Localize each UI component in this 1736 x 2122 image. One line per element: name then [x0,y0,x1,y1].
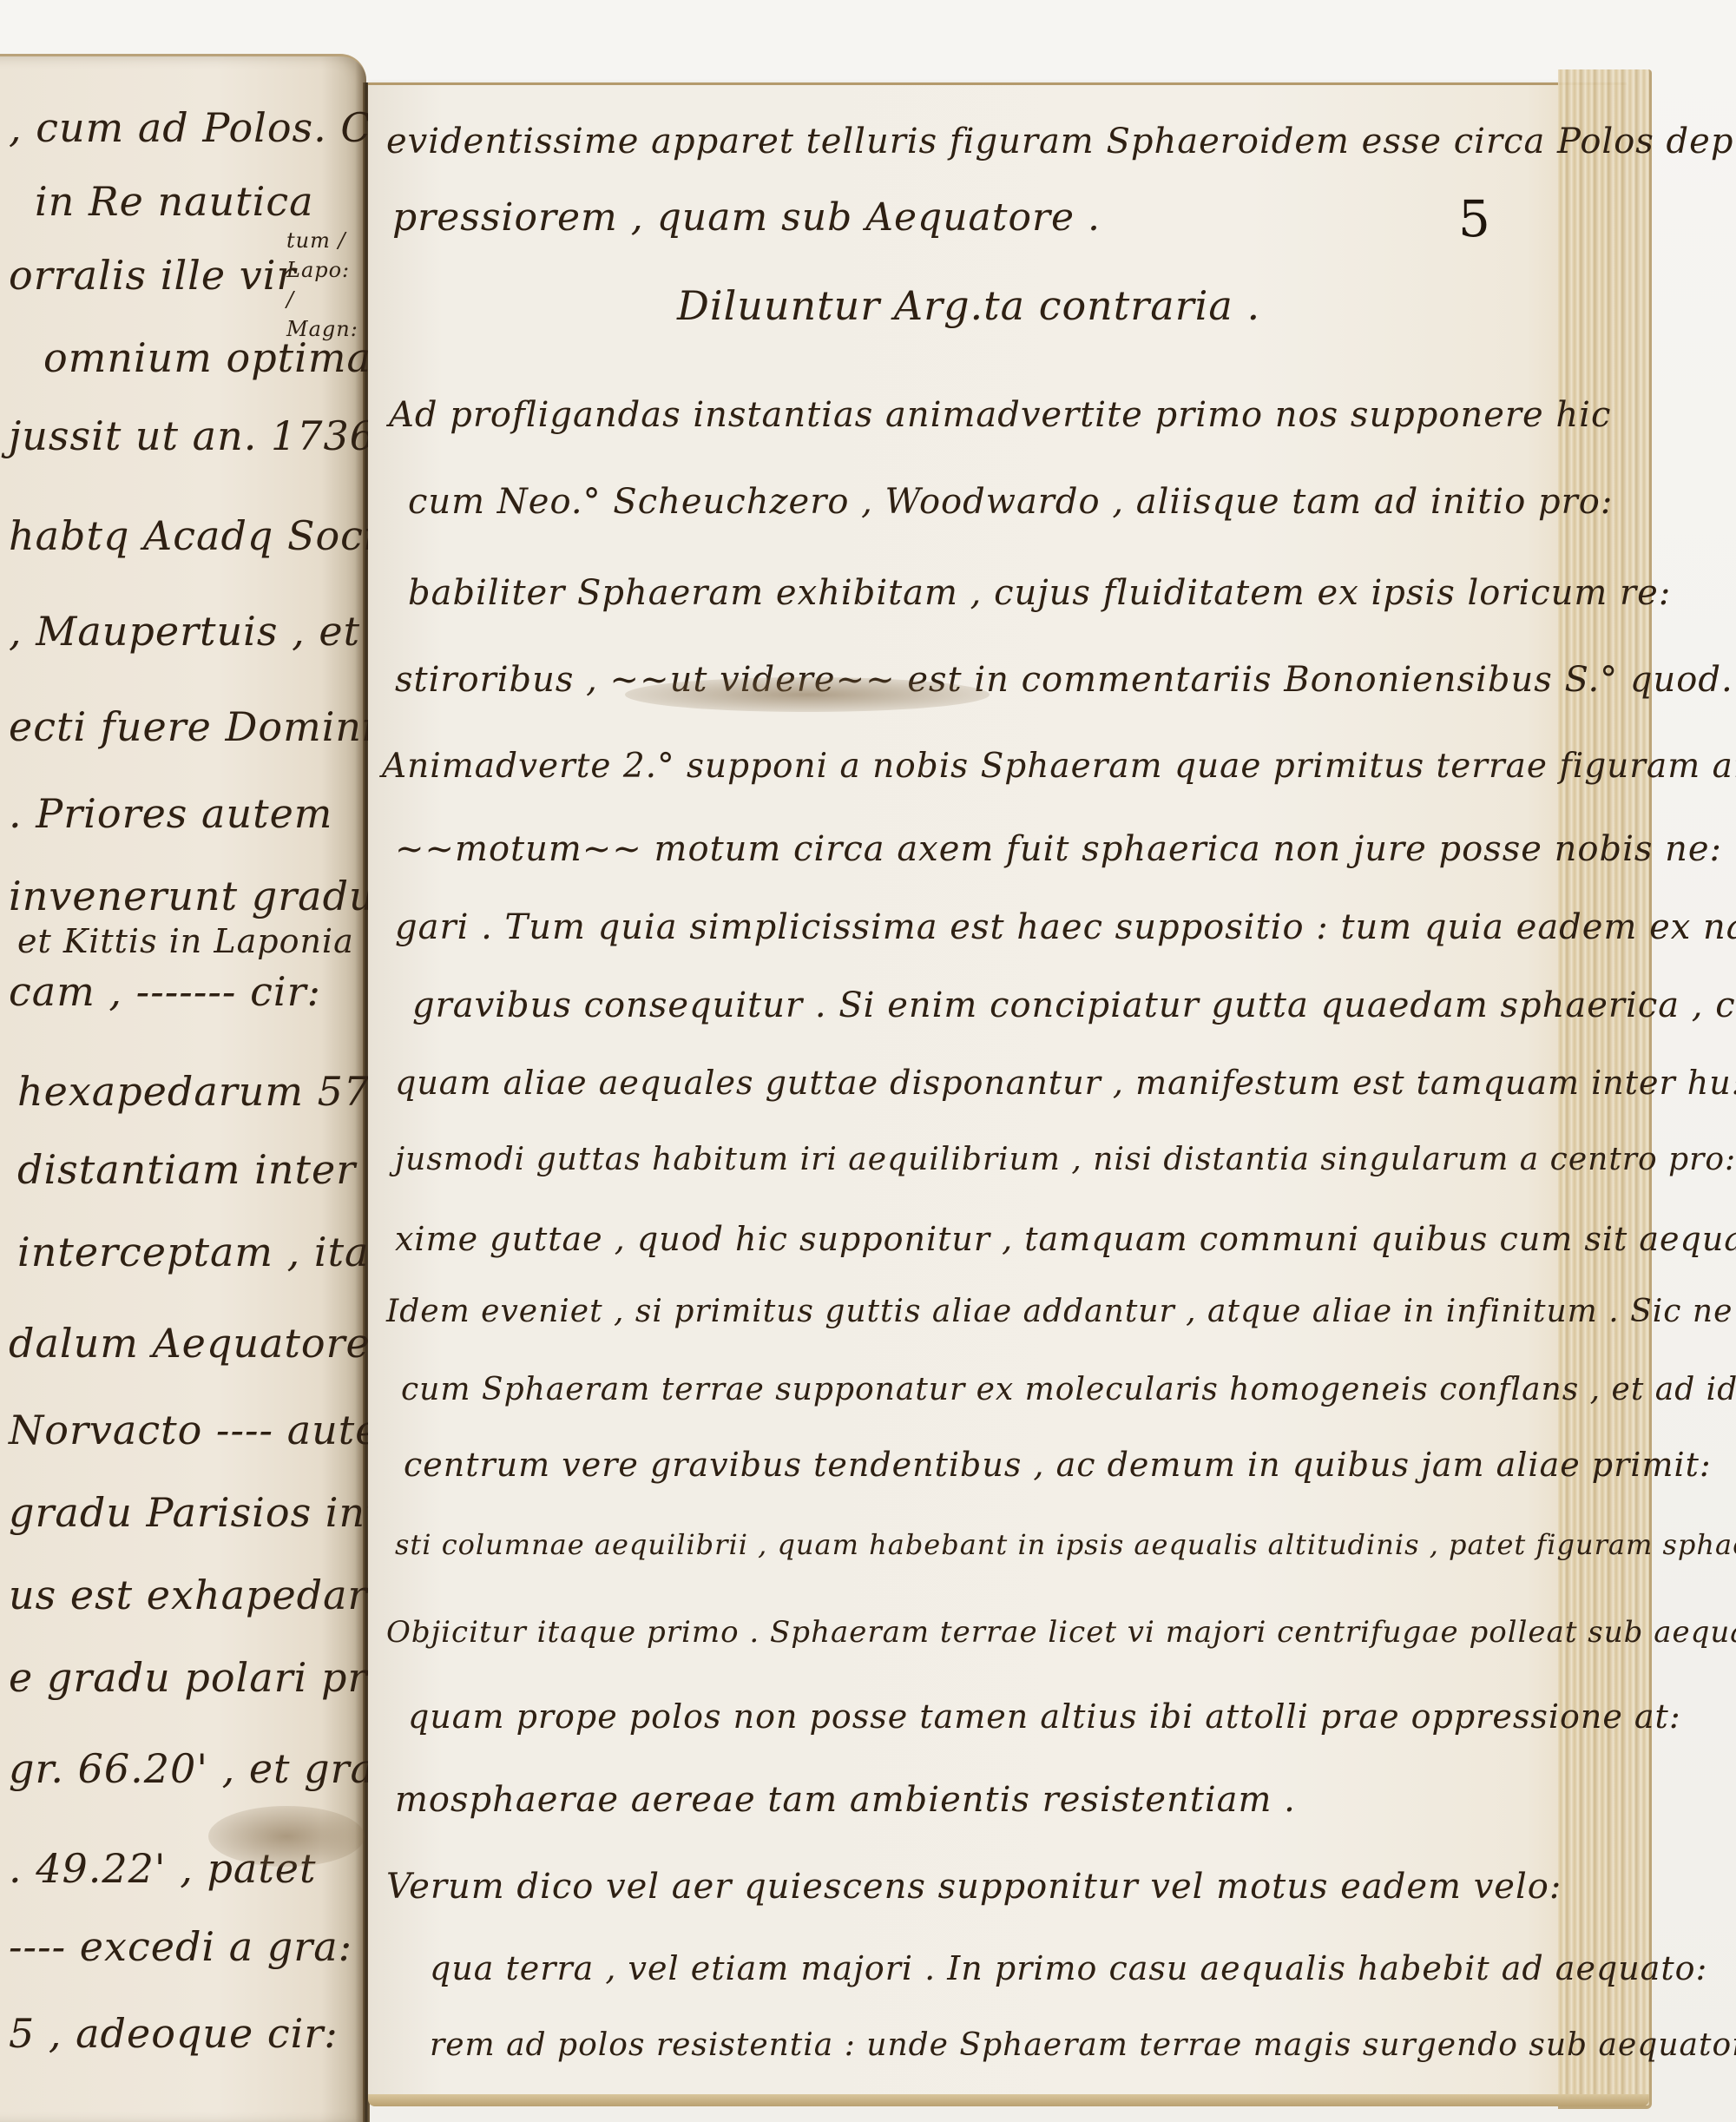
left-line-20: e gradu polari pro: [9,1654,407,1701]
right-line-5: cum Neo.° Scheuchzero , Woodwardo , alii… [408,482,1613,522]
left-line-7: , Maupertuis , et [9,608,360,655]
right-line-15: Idem eveniet , si primitus guttis aliae … [386,1294,1733,1329]
left-line-3: orralis ille vir [9,252,296,299]
left-line-17: Norvacto ---- autem [9,1407,418,1453]
right-line-7: stiroribus , ~~ut videre~~ est in commen… [395,660,1733,700]
right-line-18: sti columnae aequilibrii , quam habebant… [395,1528,1736,1561]
left-line-2: in Re nautica [35,178,314,225]
page-bottom-edge [368,2094,1649,2106]
right-line-19: Objicitur itaque primo . Sphaeram terrae… [386,1615,1736,1650]
right-line-17: centrum vere gravibus tendentibus , ac d… [404,1446,1712,1484]
left-line-23: ---- excedi a gra: [9,1923,352,1970]
left-line-6: habtq Acadq Socii [9,512,391,559]
left-line-16: dalum Aequatorem [9,1320,409,1367]
right-line-14: xime guttae , quod hic supponitur , tamq… [395,1220,1736,1258]
right-line-6: babiliter Sphaeram exhibitam , cujus flu… [408,573,1671,613]
right-line-22: Verum dico vel aer quiescens supponitur … [386,1867,1562,1907]
page-number: 5 [1458,189,1490,248]
right-line-1: evidentissime apparet telluris figuram S… [386,122,1736,161]
smudge-stain [625,677,990,712]
left-line-21: gr. 66.20' , et gra: [9,1745,390,1792]
right-line-23: qua terra , vel etiam majori . In primo … [430,1949,1707,1987]
right-line-21: mosphaerae aereae tam ambientis resisten… [395,1780,1296,1820]
left-line-11: et Kittis in Laponia [17,922,354,960]
right-line-8: Animadverte 2.° supponi a nobis Sphaeram… [382,747,1736,786]
left-line-14: distantiam inter [17,1146,356,1193]
right-line-2: pressiorem , quam sub Aequatore . [392,195,1101,240]
left-line-8: ecti fuere Domini [9,703,376,750]
right-line-4: Ad profligandas instantias animadvertite… [389,395,1611,435]
right-line-20: quam prope polos non posse tamen altius … [408,1697,1681,1736]
section-heading: Diluuntur Arg.ta contraria . [677,282,1260,329]
left-line-18: gradu Parisios inter [9,1489,427,1536]
right-line-13: jusmodi guttas habitum iri aequilibrium … [395,1142,1736,1177]
left-line-24: 5 , adeoque cir: [9,2010,339,2057]
ink-stain [208,1806,365,1867]
left-line-9: . Priores autem [9,790,332,837]
left-line-10: invenerunt gradum [9,873,414,919]
right-line-24: rem ad polos resistentia : unde Sphaeram… [430,2027,1736,2063]
left-line-12: cam , ------- cir: [9,968,321,1015]
left-margin-note: tum / Lapo: / Magn: [286,226,356,344]
right-line-9: ~~motum~~ motum circa axem fuit sphaeric… [395,829,1722,869]
right-line-16: cum Sphaeram terrae supponatur ex molecu… [401,1372,1736,1407]
right-line-11: gravibus consequitur . Si enim concipiat… [412,985,1736,1025]
right-line-12: quam aliae aequales guttae disponantur ,… [395,1064,1736,1102]
left-line-15: interceptam , ita: [17,1229,384,1275]
right-line-10: gari . Tum quia simplicissima est haec s… [395,907,1736,947]
left-line-5: jussit ut an. 1736 [9,412,376,459]
